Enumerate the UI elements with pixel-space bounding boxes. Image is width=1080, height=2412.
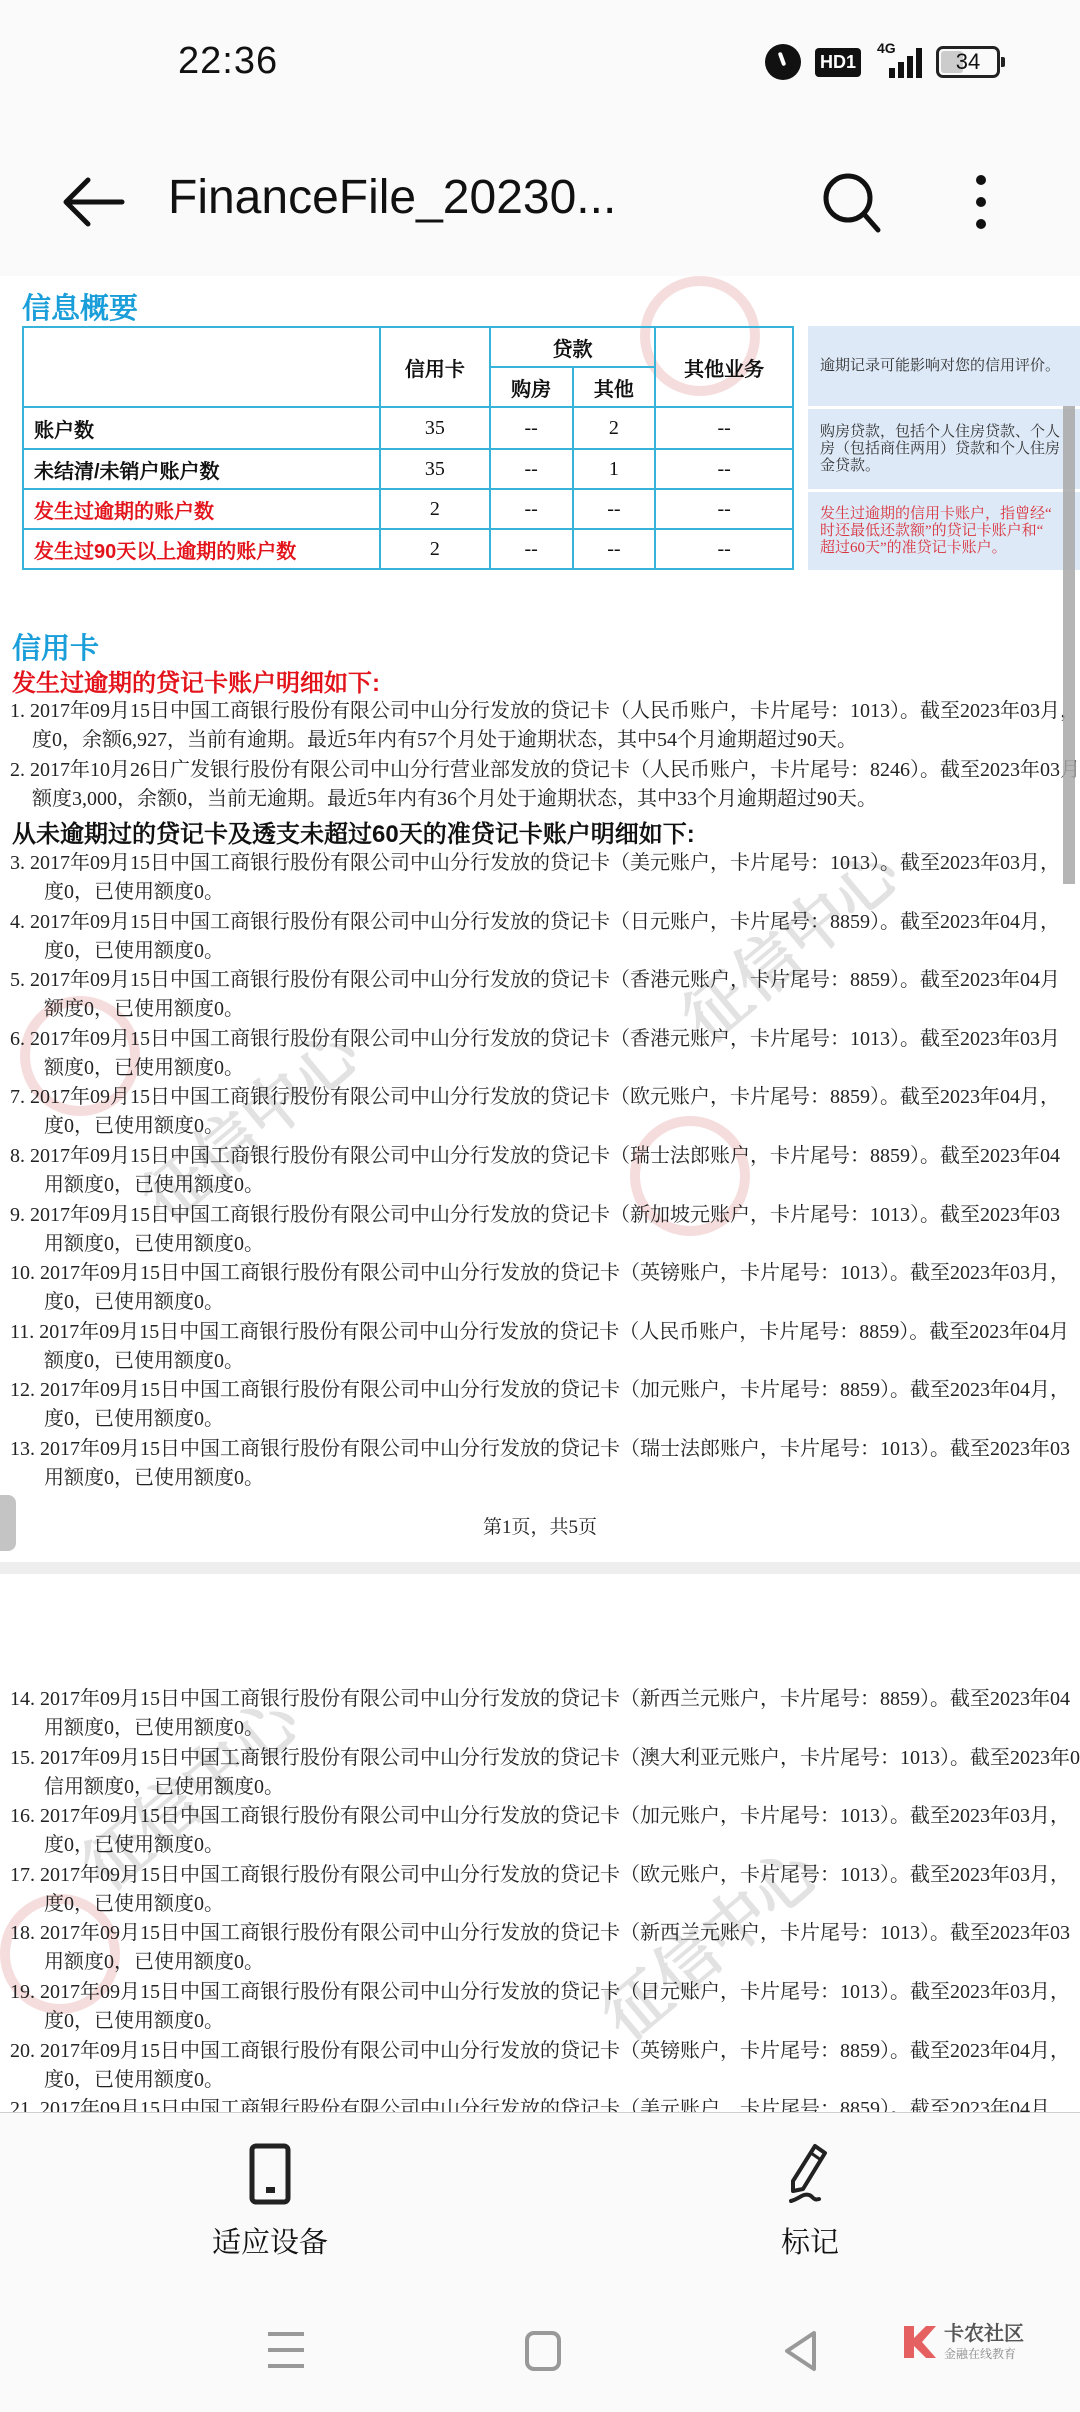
- status-icons: HD1 4G 34: [765, 44, 1000, 80]
- list-item: 6. 2017年09月15日中国工商银行股份有限公司中山分行发放的贷记卡（香港元…: [10, 1026, 1080, 1085]
- overview-heading: 信息概要: [22, 286, 138, 327]
- hd-voice-icon: HD1: [815, 48, 861, 77]
- note-overdue-impact: 逾期记录可能影响对您的信用评价。: [808, 326, 1080, 406]
- col-loan: 贷款: [490, 327, 656, 367]
- home-button[interactable]: [524, 2330, 562, 2377]
- page-drag-handle[interactable]: [0, 1495, 16, 1551]
- pdf-page-1: 征信中心 征信中心 信息概要 信用卡 贷款 其他业务 购房 其他 账户数 35 …: [0, 276, 1080, 1558]
- vertical-scrollbar[interactable]: [1063, 406, 1075, 884]
- list-item: 3. 2017年09月15日中国工商银行股份有限公司中山分行发放的贷记卡（美元账…: [10, 850, 1080, 909]
- overview-table: 信用卡 贷款 其他业务 购房 其他 账户数 35 -- 2 -- 未结清/未销户…: [22, 326, 794, 570]
- list-item: 8. 2017年09月15日中国工商银行股份有限公司中山分行发放的贷记卡（瑞士法…: [10, 1143, 1080, 1202]
- list-item: 19. 2017年09月15日中国工商银行股份有限公司中山分行发放的贷记卡（日元…: [10, 1979, 1080, 2038]
- table-corner: [23, 327, 380, 407]
- fit-device-button[interactable]: 适应设备: [170, 2143, 370, 2261]
- normal-accounts-list: 3. 2017年09月15日中国工商银行股份有限公司中山分行发放的贷记卡（美元账…: [10, 850, 1080, 1495]
- col-housing: 购房: [490, 367, 573, 407]
- normal-accounts-list-continued: 14. 2017年09月15日中国工商银行股份有限公司中山分行发放的贷记卡（新西…: [10, 1686, 1080, 2112]
- brand-watermark: 卡农社区 金融在线教育: [900, 2322, 1024, 2362]
- list-item: 15. 2017年09月15日中国工商银行股份有限公司中山分行发放的贷记卡（澳大…: [10, 1745, 1080, 1804]
- arrow-left-icon: [60, 172, 130, 232]
- list-item: 14. 2017年09月15日中国工商银行股份有限公司中山分行发放的贷记卡（新西…: [10, 1686, 1080, 1745]
- list-item: 1. 2017年09月15日中国工商银行股份有限公司中山分行发放的贷记卡（人民币…: [10, 698, 1080, 757]
- page-separator: [0, 1562, 1080, 1574]
- list-item: 2. 2017年10月26日广发银行股份有限公司中山分行营业部发放的贷记卡（人民…: [10, 757, 1080, 816]
- document-title: FinanceFile_20230...: [168, 170, 616, 225]
- list-item: 17. 2017年09月15日中国工商银行股份有限公司中山分行发放的贷记卡（欧元…: [10, 1862, 1080, 1921]
- recent-apps-button[interactable]: [266, 2330, 306, 2375]
- list-item: 18. 2017年09月15日中国工商银行股份有限公司中山分行发放的贷记卡（新西…: [10, 1920, 1080, 1979]
- alarm-icon: [765, 44, 801, 80]
- credit-card-heading: 信用卡: [12, 626, 99, 667]
- col-other-business: 其他业务: [655, 327, 793, 407]
- page-indicator: 第1页，共5页: [0, 1512, 1080, 1539]
- note-housing-loan: 购房贷款，包括个人住房贷款、个人 房（包括商住两用）贷款和个人住房 金贷款。: [808, 409, 1080, 489]
- list-item: 7. 2017年09月15日中国工商银行股份有限公司中山分行发放的贷记卡（欧元账…: [10, 1084, 1080, 1143]
- col-other: 其他: [573, 367, 656, 407]
- bottom-toolbar: 适应设备 标记: [0, 2112, 1080, 2282]
- battery-icon: 34: [936, 46, 1000, 78]
- list-item: 21. 2017年09月15日中国工商银行股份有限公司中山分行发放的贷记卡（美元…: [10, 2096, 1080, 2112]
- back-nav-button[interactable]: [782, 2330, 818, 2377]
- note-overdue-definition: 发生过逾期的信用卡账户，指曾经“ 时还最低还款额”的贷记卡账户和“ 超过60天”…: [808, 492, 1080, 570]
- markup-button[interactable]: 标记: [710, 2143, 910, 2261]
- table-row: 未结清/未销户账户数 35 -- 1 --: [23, 449, 793, 489]
- status-time: 22:36: [178, 40, 278, 83]
- pen-markup-icon: [785, 2143, 835, 2205]
- list-item: 20. 2017年09月15日中国工商银行股份有限公司中山分行发放的贷记卡（英镑…: [10, 2038, 1080, 2097]
- search-icon: [818, 168, 888, 238]
- brand-logo-icon: [900, 2322, 940, 2362]
- list-item: 11. 2017年09月15日中国工商银行股份有限公司中山分行发放的贷记卡（人民…: [10, 1319, 1080, 1378]
- app-bar: FinanceFile_20230...: [0, 128, 1080, 276]
- col-credit-card: 信用卡: [380, 327, 490, 407]
- overview-notes: 逾期记录可能影响对您的信用评价。 购房贷款，包括个人住房贷款、个人 房（包括商住…: [808, 326, 1080, 573]
- signal-4g-icon: 4G: [875, 46, 922, 78]
- home-square-icon: [524, 2330, 562, 2372]
- list-item: 5. 2017年09月15日中国工商银行股份有限公司中山分行发放的贷记卡（香港元…: [10, 967, 1080, 1026]
- overdue-accounts-list: 1. 2017年09月15日中国工商银行股份有限公司中山分行发放的贷记卡（人民币…: [10, 698, 1080, 815]
- more-vertical-icon: [966, 172, 996, 232]
- triangle-back-icon: [782, 2330, 818, 2372]
- normal-accounts-heading: 从未逾期过的贷记卡及透支未超过60天的准贷记卡账户明细如下:: [12, 814, 695, 849]
- menu-lines-icon: [266, 2330, 306, 2370]
- battery-level: 34: [956, 49, 980, 75]
- list-item: 16. 2017年09月15日中国工商银行股份有限公司中山分行发放的贷记卡（加元…: [10, 1803, 1080, 1862]
- document-viewer[interactable]: 征信中心 征信中心 信息概要 信用卡 贷款 其他业务 购房 其他 账户数 35 …: [0, 276, 1080, 2112]
- table-row: 账户数 35 -- 2 --: [23, 407, 793, 449]
- back-button[interactable]: [60, 172, 130, 232]
- overdue-accounts-heading: 发生过逾期的贷记卡账户明细如下:: [12, 663, 380, 698]
- list-item: 12. 2017年09月15日中国工商银行股份有限公司中山分行发放的贷记卡（加元…: [10, 1377, 1080, 1436]
- list-item: 10. 2017年09月15日中国工商银行股份有限公司中山分行发放的贷记卡（英镑…: [10, 1260, 1080, 1319]
- more-options-button[interactable]: [966, 172, 996, 232]
- list-item: 4. 2017年09月15日中国工商银行股份有限公司中山分行发放的贷记卡（日元账…: [10, 909, 1080, 968]
- list-item: 13. 2017年09月15日中国工商银行股份有限公司中山分行发放的贷记卡（瑞士…: [10, 1436, 1080, 1495]
- phone-icon: [248, 2143, 292, 2205]
- status-bar: 22:36 HD1 4G 34: [0, 0, 1080, 128]
- table-row: 发生过90天以上逾期的账户数 2 -- -- --: [23, 529, 793, 569]
- search-button[interactable]: [818, 168, 888, 238]
- table-row: 发生过逾期的账户数 2 -- -- --: [23, 489, 793, 529]
- list-item: 9. 2017年09月15日中国工商银行股份有限公司中山分行发放的贷记卡（新加坡…: [10, 1202, 1080, 1261]
- pdf-page-2: 征信中心 征信中心 14. 2017年09月15日中国工商银行股份有限公司中山分…: [0, 1574, 1080, 2112]
